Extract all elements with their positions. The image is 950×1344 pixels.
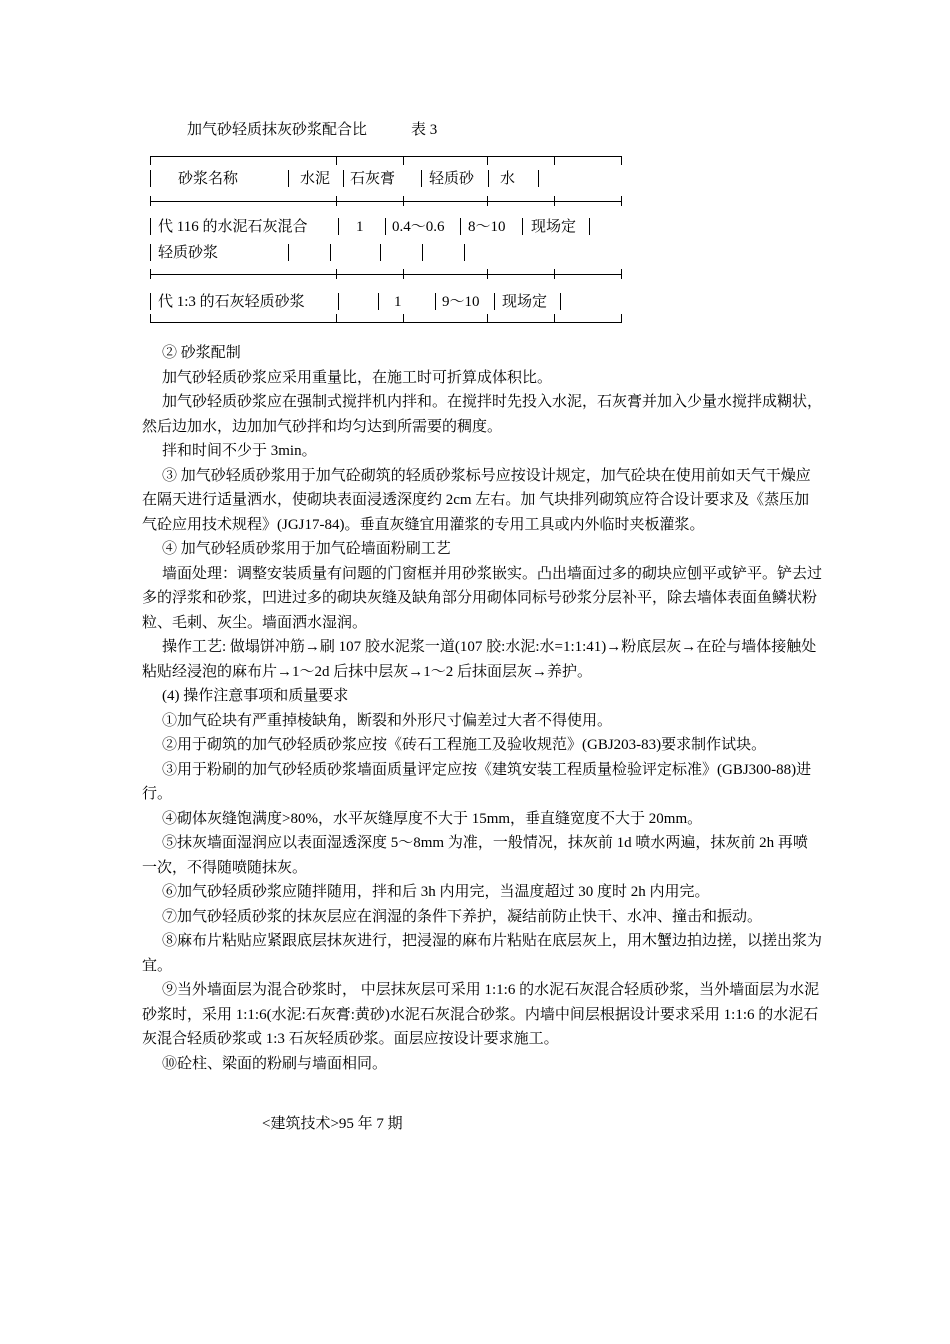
table-bar [421, 170, 422, 187]
list-item: ⑦加气砂轻质砂浆的抹灰层应在润湿的条件下养护，凝结前防止快干、水冲、撞击和振动。 [142, 905, 822, 930]
list-item: ⑧麻布片粘贴应紧跟底层抹灰进行，把浸湿的麻布片粘贴在底层灰上，用木蟹边拍边搓，以… [142, 929, 822, 978]
row1-name-cont: 轻质砂浆 [158, 244, 218, 262]
table-bar [522, 218, 523, 235]
table-tick [621, 196, 622, 206]
table-tick [336, 156, 337, 165]
row2-lime: 1 [394, 293, 402, 311]
col-header-name: 砂浆名称 [178, 170, 238, 188]
table-tick [403, 269, 404, 279]
table-tick [336, 314, 337, 322]
list-item: ④砌体灰缝饱满度>80%，水平灰缝厚度不大于 15mm，垂直缝宽度不大于 20m… [142, 807, 822, 832]
table-tick [150, 156, 151, 165]
mix-ratio-table: 砂浆名称 水泥 石灰膏 轻质砂 水 代 116 的水泥石灰混合 1 0.4～0.… [150, 150, 622, 330]
col-header-lime: 石灰膏 [350, 170, 395, 188]
list-item: ⑥加气砂轻质砂浆应随拌随用，拌和后 3h 内用完，当温度超过 30 度时 2h … [142, 880, 822, 905]
table-tick [403, 156, 404, 165]
table-bar [422, 244, 423, 261]
paragraph: 加气砂轻质砂浆应采用重量比，在施工时可折算成体积比。 [142, 366, 822, 391]
table-bar [150, 244, 151, 261]
row2-name: 代 1:3 的石灰轻质砂浆 [158, 293, 305, 311]
table-bar [488, 170, 489, 187]
table-tick [487, 269, 488, 279]
table-caption: 加气砂轻质抹灰砂浆配合比表 3 [187, 118, 437, 139]
table-bar [435, 293, 436, 310]
table-bar [150, 218, 151, 235]
subheading-plastering: ④ 加气砂轻质砂浆用于加气砼墙面粉刷工艺 [142, 537, 822, 562]
table-tick [554, 196, 555, 206]
table-bar [330, 244, 331, 261]
paragraph: ③ 加气砂轻质砂浆用于加气砼砌筑的轻质砂浆标号应按设计规定，加气砼块在使用前如天… [142, 464, 822, 538]
table-tick [150, 269, 151, 279]
source-citation: <建筑技术>95 年 7 期 [262, 1112, 403, 1133]
col-header-sand: 轻质砂 [429, 170, 474, 188]
table-bar [494, 293, 495, 310]
table-bar [378, 293, 379, 310]
table-bar [538, 170, 539, 187]
row1-lime: 0.4～0.6 [392, 218, 445, 236]
table-rule-bottom [150, 322, 622, 323]
table-bar [460, 218, 461, 235]
row1-cement: 1 [356, 218, 364, 236]
table-tick [336, 196, 337, 206]
table-number: 表 3 [411, 122, 437, 138]
subheading-mortar-prep: ② 砂浆配制 [142, 341, 822, 366]
table-bar [380, 244, 381, 261]
paragraph: 操作工艺: 做塌饼冲筋→刷 107 胶水泥浆一道(107 胶:水泥:水=1:1:… [142, 635, 822, 684]
table-tick [150, 314, 151, 322]
table-tick [150, 196, 151, 206]
table-bar [288, 170, 289, 187]
table-bar [150, 293, 151, 310]
list-item: ⑩砼柱、梁面的粉刷与墙面相同。 [142, 1052, 822, 1077]
table-tick [487, 156, 488, 165]
table-rule-header [150, 201, 622, 202]
col-header-water: 水 [500, 170, 515, 188]
table-bar [288, 244, 289, 261]
table-tick [554, 314, 555, 322]
list-item: ①加气砼块有严重掉棱缺角，断裂和外形尺寸偏差过大者不得使用。 [142, 709, 822, 734]
table-tick [621, 156, 622, 165]
table-bar [338, 293, 339, 310]
table-tick [487, 196, 488, 206]
table-tick [554, 156, 555, 165]
table-tick [403, 314, 404, 322]
table-tick [487, 314, 488, 322]
list-item: ⑨当外墙面层为混合砂浆时， 中层抹灰层可采用 1:1:6 的水泥石灰混合轻质砂浆… [142, 978, 822, 1052]
table-tick [554, 269, 555, 279]
table-bar [338, 218, 339, 235]
list-item: ②用于砌筑的加气砂轻质砂浆应按《砖石工程施工及验收规范》(GBJ203-83)要… [142, 733, 822, 758]
table-bar [464, 244, 465, 261]
table-tick [621, 269, 622, 279]
col-header-cement: 水泥 [300, 170, 330, 188]
list-item: ⑤抹灰墙面湿润应以表面湿透深度 5～8mm 为准，一般情况，抹灰前 1d 喷水两… [142, 831, 822, 880]
paragraph: 拌和时间不少于 3min。 [142, 439, 822, 464]
row2-sand: 9～10 [442, 293, 480, 311]
table-tick [621, 314, 622, 322]
paragraph: 墙面处理：调整安装质量有问题的门窗框并用砂浆嵌实。凸出墙面过多的砌块应刨平或铲平… [142, 562, 822, 636]
table-bar [343, 170, 344, 187]
table-title: 加气砂轻质抹灰砂浆配合比 [187, 122, 367, 138]
table-bar [589, 218, 590, 235]
row1-sand: 8～10 [468, 218, 506, 236]
row2-water: 现场定 [502, 293, 547, 311]
table-bar [385, 218, 386, 235]
table-tick [403, 196, 404, 206]
table-rule-top [150, 156, 622, 157]
table-rule-mid [150, 274, 622, 275]
table-bar [560, 293, 561, 310]
list-item: ③用于粉刷的加气砂轻质砂浆墙面质量评定应按《建筑安装工程质量检验评定标准》(GB… [142, 758, 822, 807]
table-bar [150, 170, 151, 187]
row1-water: 现场定 [531, 218, 576, 236]
subheading-precautions: (4) 操作注意事项和质量要求 [142, 684, 822, 709]
row1-name: 代 116 的水泥石灰混合 [158, 218, 307, 236]
body-text: ② 砂浆配制 加气砂轻质砂浆应采用重量比，在施工时可折算成体积比。 加气砂轻质砂… [142, 341, 822, 1076]
table-tick [336, 269, 337, 279]
paragraph: 加气砂轻质砂浆应在强制式搅拌机内拌和。在搅拌时先投入水泥，石灰膏并加入少量水搅拌… [142, 390, 822, 439]
